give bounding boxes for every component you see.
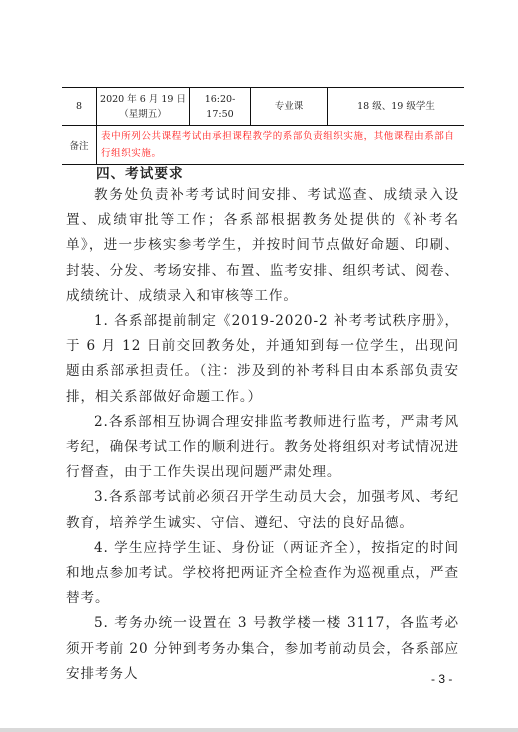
target-students: 18 级、19 级学生 <box>328 88 465 126</box>
page-number: - 3 - <box>431 672 452 686</box>
paragraph-4: 4. 学生应持学生证、身份证（两证齐全），按指定的时间和地点参加考试。学校将把两… <box>66 536 459 612</box>
exam-date: 2020 年 6 月 19 日 <box>100 92 186 107</box>
note-text: 表中所列公共课程考试由承担课程教学的系部负责组织实施，其他课程由系部自行组织实施… <box>97 126 465 165</box>
exam-weekday: （星期五） <box>100 107 186 122</box>
exam-time: 16:20-17:50 <box>190 88 251 126</box>
section-body: 教务处负责补考考试时间安排、考试巡查、成绩录入设置、成绩审批等工作；各系部根据教… <box>66 183 459 687</box>
exam-date-cell: 2020 年 6 月 19 日 （星期五） <box>97 88 190 126</box>
paragraph-5: 5. 考务办统一设置在 3 号教学楼一楼 3117，各监考必须开考前 20 分钟… <box>66 611 459 687</box>
table-row: 8 2020 年 6 月 19 日 （星期五） 16:20-17:50 专业课 … <box>62 88 464 126</box>
note-label: 备注 <box>62 126 97 165</box>
paragraph-2: 2.各系部相互协调合理安排监考教师进行监考，严肃考风考纪，确保考试工作的顺利进行… <box>66 410 459 486</box>
document-page: 8 2020 年 6 月 19 日 （星期五） 16:20-17:50 专业课 … <box>0 0 518 732</box>
row-index: 8 <box>62 88 97 126</box>
course-type: 专业课 <box>251 88 328 126</box>
exam-schedule-table: 8 2020 年 6 月 19 日 （星期五） 16:20-17:50 专业课 … <box>62 87 464 165</box>
table-note-row: 备注 表中所列公共课程考试由承担课程教学的系部负责组织实施，其他课程由系部自行组… <box>62 126 464 165</box>
paragraph-intro: 教务处负责补考考试时间安排、考试巡查、成绩录入设置、成绩审批等工作；各系部根据教… <box>66 183 459 309</box>
paragraph-3: 3.各系部考试前必须召开学生动员大会，加强考风、考纪教育，培养学生诚实、守信、遵… <box>66 485 459 535</box>
paragraph-1: 1. 各系部提前制定《2019-2020-2 补考考试秩序册》，于 6 月 12… <box>66 309 459 410</box>
page-bottom-edge <box>0 728 518 732</box>
section-heading: 四、考试要求 <box>96 162 184 182</box>
